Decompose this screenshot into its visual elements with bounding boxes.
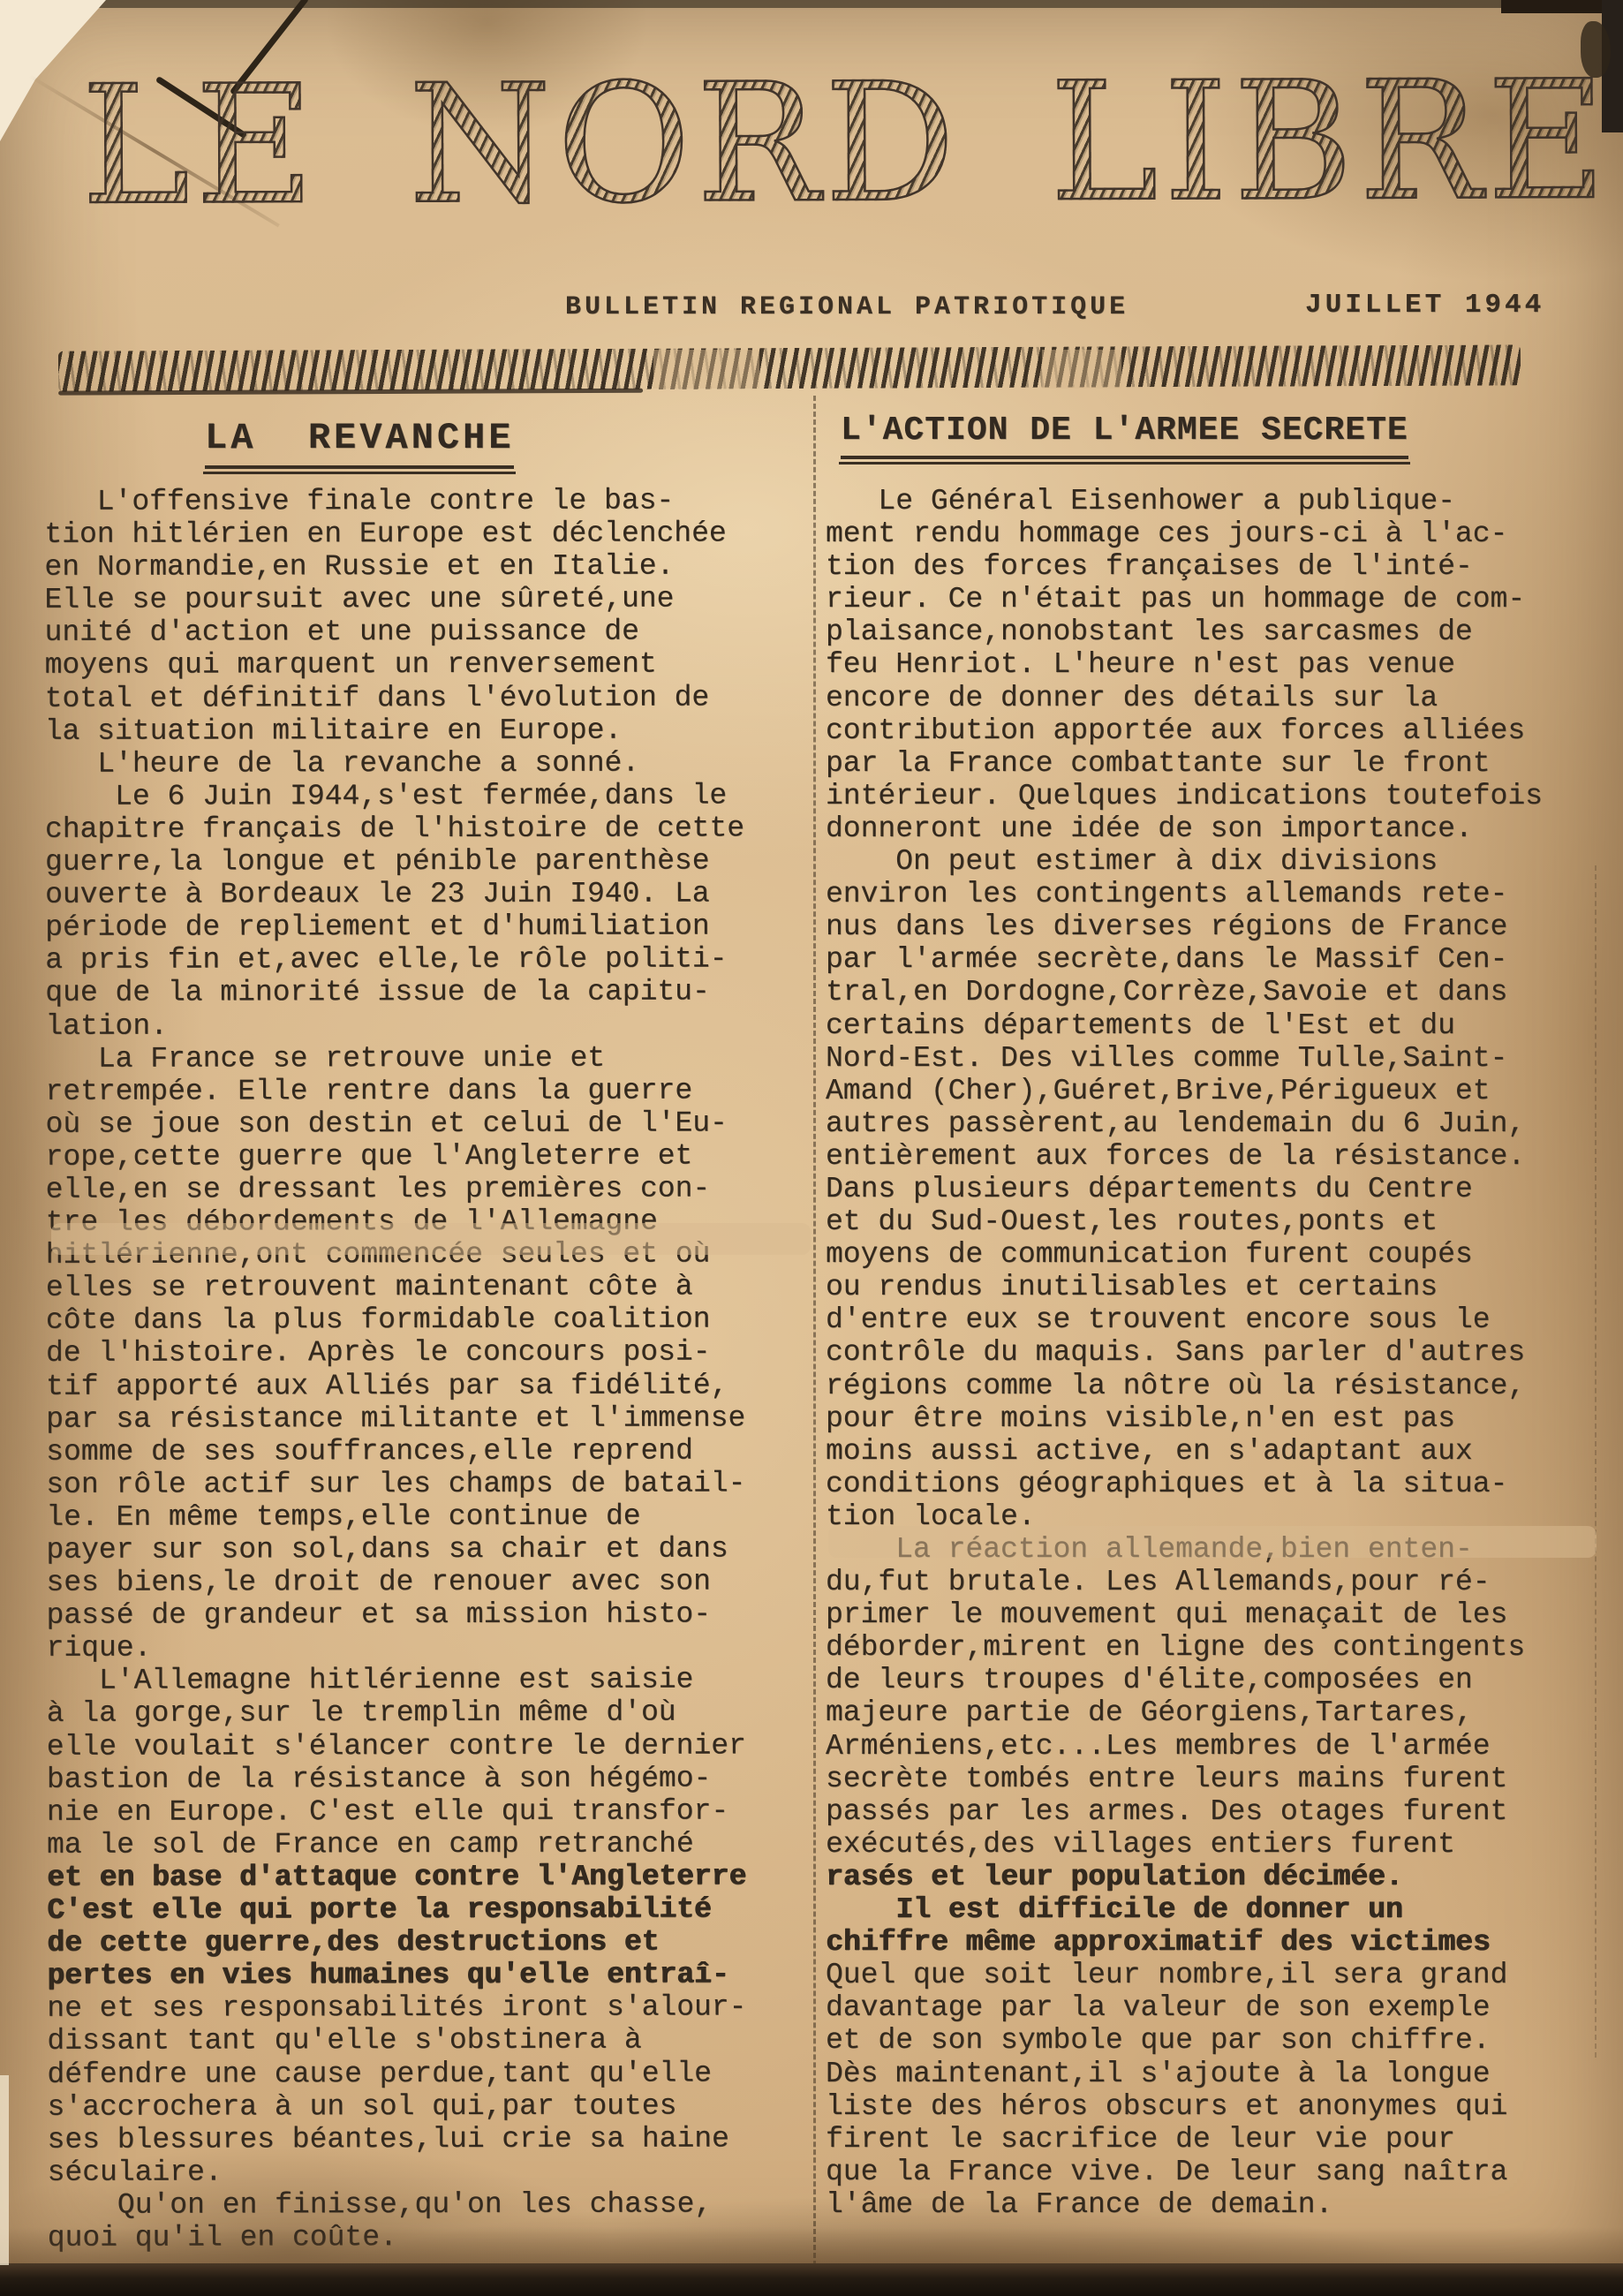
rule-fade — [1042, 350, 1121, 389]
paragraph-block: Le Général Eisenhower a publique- ment r… — [826, 485, 1620, 1861]
rule-fade — [653, 350, 759, 389]
headline-la-revanche: LA REVANCHE — [205, 417, 514, 469]
scan-edge-bottom — [0, 2263, 1623, 2296]
masthead-date: JUILLET 1944 — [1305, 290, 1544, 321]
decorative-hatched-rule — [58, 344, 1521, 391]
headline-text: LA REVANCHE — [205, 417, 514, 469]
masthead-subtitle: BULLETIN REGIONAL PATRIOTIQUE — [565, 292, 1129, 322]
paragraph-block: rasés et leur population décimée. Il est… — [826, 1861, 1620, 1959]
faded-ink-patch — [51, 1223, 811, 1255]
paragraph-block: L'offensive finale contre le bas- tion h… — [44, 484, 829, 1861]
paragraph-block: ne et ses responsabilités iront s'alour-… — [47, 1991, 830, 2254]
article-la-revanche: L'offensive finale contre le bas- tion h… — [44, 484, 829, 2254]
paragraph-block: Quel que soit leur nombre,il sera grand … — [826, 1959, 1620, 2221]
headline-armee-secrete: L'ACTION DE L'ARMEE SECRETE — [841, 412, 1408, 459]
faded-ink-patch — [828, 1526, 1597, 1558]
paragraph-block: et en base d'attaque contre l'Angleterre… — [47, 1860, 829, 1992]
scan-shadow-bottom — [0, 2227, 1623, 2263]
newspaper-page: LE NORD LIBRE BULLETIN REGIONAL PATRIOTI… — [0, 0, 1623, 2296]
masthead-title: LE NORD LIBRE — [81, 59, 1612, 228]
headline-text: L'ACTION DE L'ARMEE SECRETE — [841, 412, 1408, 459]
scan-edge-left — [0, 2075, 9, 2265]
scan-edge-top — [51, 0, 1508, 8]
article-armee-secrete: Le Général Eisenhower a publique- ment r… — [826, 485, 1620, 2221]
